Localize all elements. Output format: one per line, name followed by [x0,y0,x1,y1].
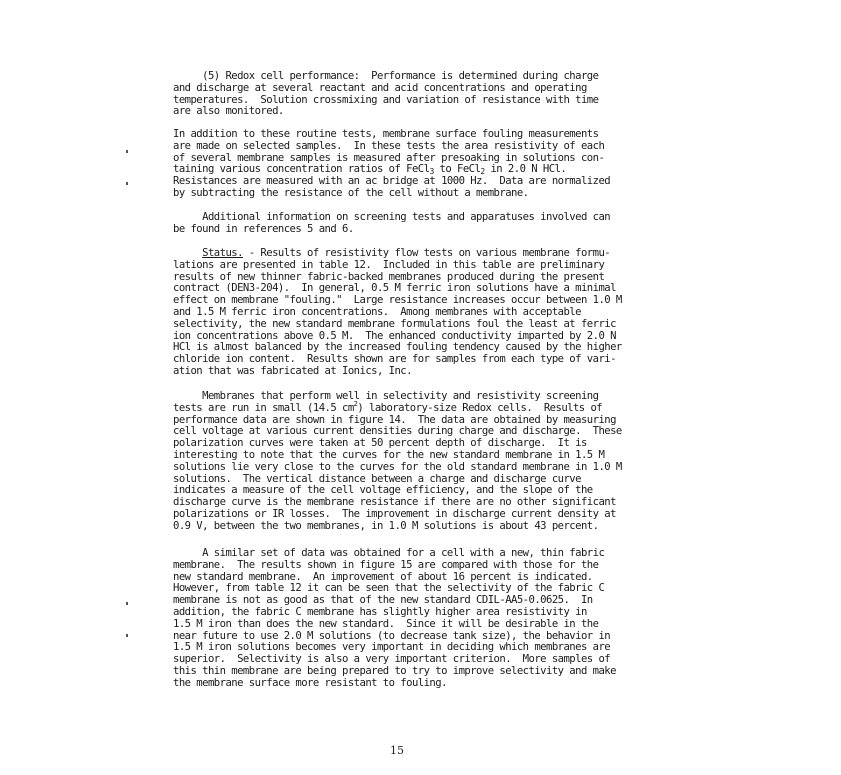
text-line: addition, the fabric C membrane has slig… [173,607,623,619]
paragraph-membranes-performance: Membranes that perform well in selectivi… [173,391,623,533]
scan-speck [126,634,128,637]
paragraph-redox-cell-performance: (5) Redox cell performance: Performance … [173,71,623,118]
paragraph-fouling-measurements: In addition to these routine tests, memb… [173,129,623,200]
text-line: are made on selected samples. In these t… [173,141,623,153]
status-heading: Status. [202,247,243,259]
scan-speck [126,182,128,185]
text-line: be found in references 5 and 6. [173,224,623,236]
text-line: interesting to note that the curves for … [173,450,623,462]
document-page: (5) Redox cell performance: Performance … [0,0,841,775]
paragraph-thin-fabric-membrane: A similar set of data was obtained for a… [173,548,623,690]
paragraph-additional-information: Additional information on screening test… [173,212,623,236]
text-line: selectivity, the new standard membrane f… [173,319,623,331]
text-line: and discharge at several reactant and ac… [173,83,623,95]
scan-speck [126,150,128,153]
text-line-with-superscript: tests are run in small (14.5 cm2) labora… [173,403,623,415]
text-line: are also monitored. [173,106,623,118]
scan-speck [126,602,128,605]
text-line: lations are presented in table 12. Inclu… [173,260,623,272]
text-line: ation that was fabricated at Ionics, Inc… [173,366,623,378]
text-line: solutions lie very close to the curves f… [173,462,623,474]
text-line: this thin membrane are being prepared to… [173,666,623,678]
formula-fecl2: FeCl2 [457,163,485,175]
text-line: and 1.5 M ferric iron concentrations. Am… [173,307,623,319]
text-line: polarizations or IR losses. The improvem… [173,509,623,521]
page-number: 15 [390,744,404,757]
text-fragment: taining various concentration ratios of [173,163,406,175]
text-line: the membrane surface more resistant to f… [173,678,623,690]
paragraph-status: Status. - Results of resistivity flow te… [173,248,623,378]
formula-fecl3: FeCl3 [406,163,434,175]
text-line: 0.9 V, between the two membranes, in 1.0… [173,521,623,533]
text-line: by subtracting the resistance of the cel… [173,188,623,200]
text-line: membrane. The results shown in figure 15… [173,560,623,572]
text-line: 1.5 M iron than does the new standard. S… [173,619,623,631]
